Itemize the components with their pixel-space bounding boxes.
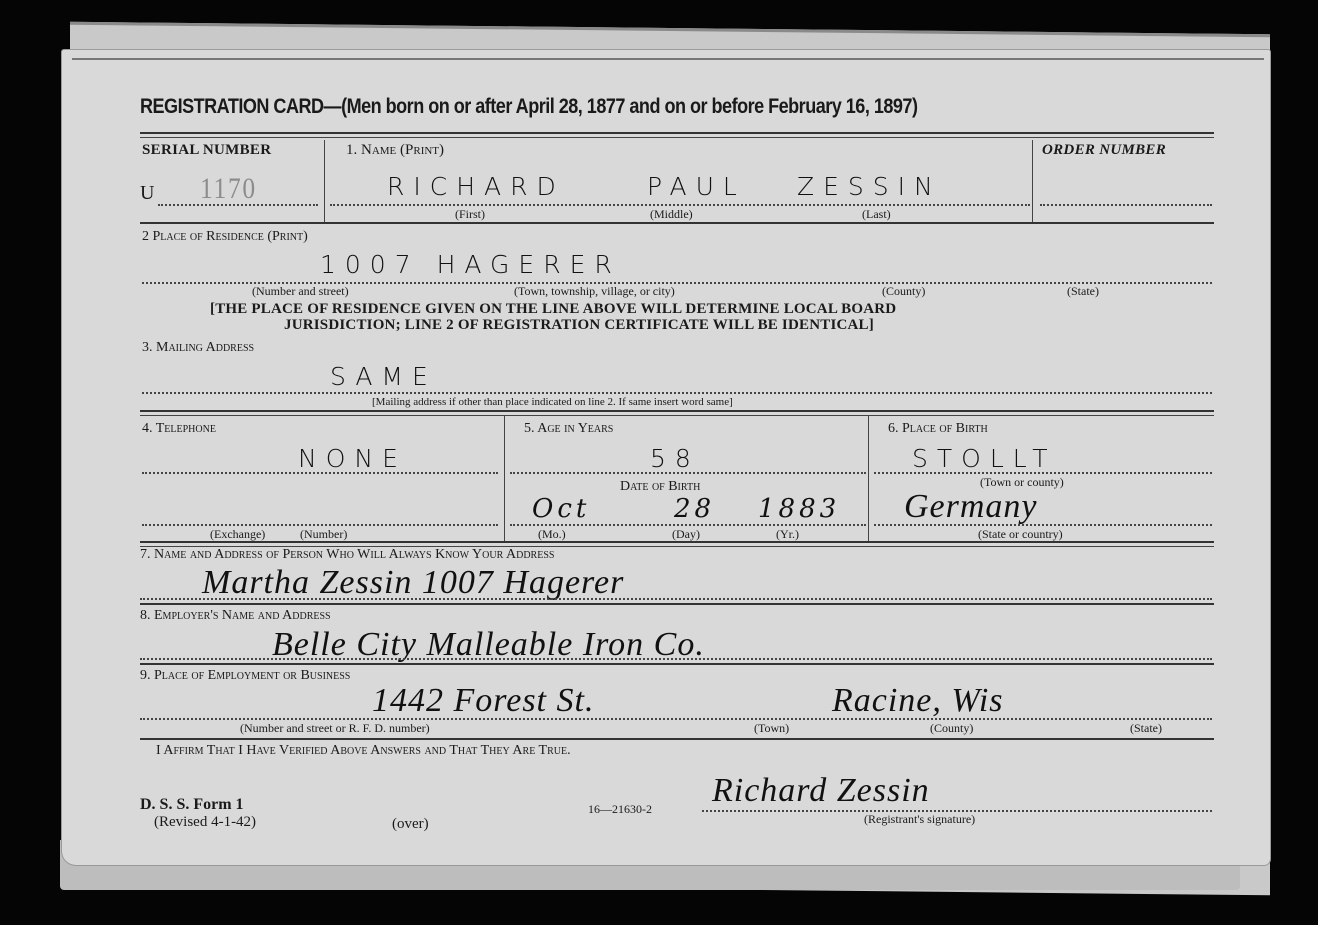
residence-caption-street: (Number and street) — [252, 284, 349, 299]
employer-label: 8. Employer's Name and Address — [140, 608, 331, 624]
form-over: (over) — [392, 816, 429, 833]
residence-value: 1007 HAGERER — [320, 250, 621, 279]
employment-caption-state: (State) — [1130, 721, 1162, 736]
divider — [1032, 140, 1033, 222]
age-label: 5. Age in Years — [524, 421, 613, 437]
employment-town: Racine, Wis — [832, 682, 1004, 720]
dob-day: 28 — [674, 494, 715, 524]
birthplace-town: STOLLT — [912, 444, 1057, 473]
order-number-line — [1040, 204, 1212, 206]
divider — [504, 416, 505, 542]
employment-caption-county: (County) — [930, 721, 973, 736]
serial-number-value: 1170 — [200, 172, 257, 206]
middle-caption: (Middle) — [650, 207, 693, 222]
day-caption: (Day) — [672, 527, 700, 542]
contact-line — [140, 598, 1212, 600]
residence-caption-town: (Town, township, village, or city) — [514, 284, 675, 299]
birthplace-country-line — [874, 524, 1212, 526]
birthplace-country-caption: (State or country) — [978, 527, 1063, 542]
affirmation-text: I Affirm That I Have Verified Above Answ… — [156, 743, 571, 759]
last-caption: (Last) — [862, 207, 891, 222]
employment-caption-street: (Number and street or R. F. D. number) — [240, 721, 430, 736]
employment-caption-town: (Town) — [754, 721, 789, 736]
contact-label: 7. Name and Address of Person Who Will A… — [140, 547, 554, 563]
dob-month: Oct — [532, 494, 590, 524]
name-label: 1. Name (Print) — [346, 142, 444, 159]
name-first: RICHARD — [387, 172, 565, 201]
telephone-line — [142, 472, 498, 474]
card-title: REGISTRATION CARD—(Men born on or after … — [140, 95, 917, 119]
serial-prefix: U — [140, 182, 154, 205]
residence-note-line2: JURISDICTION; LINE 2 OF REGISTRATION CER… — [284, 317, 874, 334]
mailing-caption: [Mailing address if other than place ind… — [372, 396, 733, 408]
registration-card: REGISTRATION CARD—(Men born on or after … — [62, 50, 1270, 865]
divider — [140, 410, 1214, 416]
residence-caption-state: (State) — [1067, 284, 1099, 299]
employment-place-label: 9. Place of Employment or Business — [140, 668, 350, 684]
name-last: ZESSIN — [797, 172, 942, 201]
mailing-line — [142, 392, 1212, 394]
divider — [868, 416, 869, 542]
divider — [140, 663, 1214, 665]
dob-year: 1883 — [758, 494, 840, 524]
residence-label: 2 Place of Residence (Print) — [142, 229, 308, 245]
order-number-label: ORDER NUMBER — [1042, 142, 1166, 159]
telephone-label: 4. Telephone — [142, 421, 216, 437]
divider — [324, 140, 325, 222]
name-line — [330, 204, 1030, 206]
card-top-edge — [72, 58, 1264, 60]
telephone-value: NONE — [298, 444, 407, 473]
form-name: D. S. S. Form 1 — [140, 796, 244, 814]
employer-line — [140, 658, 1212, 660]
name-middle: PAUL — [647, 172, 746, 201]
birthplace-town-line — [874, 472, 1212, 474]
form-revised: (Revised 4-1-42) — [154, 814, 256, 831]
signature-caption: (Registrant's signature) — [864, 812, 975, 827]
age-value: 58 — [650, 444, 700, 473]
mailing-address-label: 3. Mailing Address — [142, 340, 254, 356]
year-caption: (Yr.) — [776, 527, 799, 542]
employment-line — [140, 718, 1212, 720]
form-code: 16—21630-2 — [588, 802, 652, 817]
number-caption: (Number) — [300, 527, 347, 542]
residence-note-line1: [THE PLACE OF RESIDENCE GIVEN ON THE LIN… — [210, 301, 896, 318]
divider — [140, 738, 1214, 740]
telephone-number-line — [142, 524, 498, 526]
contact-value: Martha Zessin 1007 Hagerer — [202, 564, 624, 602]
divider — [140, 603, 1214, 605]
birthplace-country: Germany — [904, 488, 1038, 526]
mailing-address-value: SAME — [330, 362, 437, 391]
serial-number-label: SERIAL NUMBER — [142, 142, 271, 159]
divider — [140, 132, 1214, 138]
dob-label: Date of Birth — [620, 479, 700, 495]
serial-line — [158, 204, 318, 206]
first-caption: (First) — [455, 207, 485, 222]
employment-street: 1442 Forest St. — [372, 682, 594, 720]
residence-caption-county: (County) — [882, 284, 925, 299]
exchange-caption: (Exchange) — [210, 527, 265, 542]
registrant-signature: Richard Zessin — [712, 772, 930, 810]
birthplace-label: 6. Place of Birth — [888, 421, 988, 437]
month-caption: (Mo.) — [538, 527, 566, 542]
divider — [140, 222, 1214, 224]
age-line — [510, 472, 866, 474]
dob-line — [510, 524, 866, 526]
